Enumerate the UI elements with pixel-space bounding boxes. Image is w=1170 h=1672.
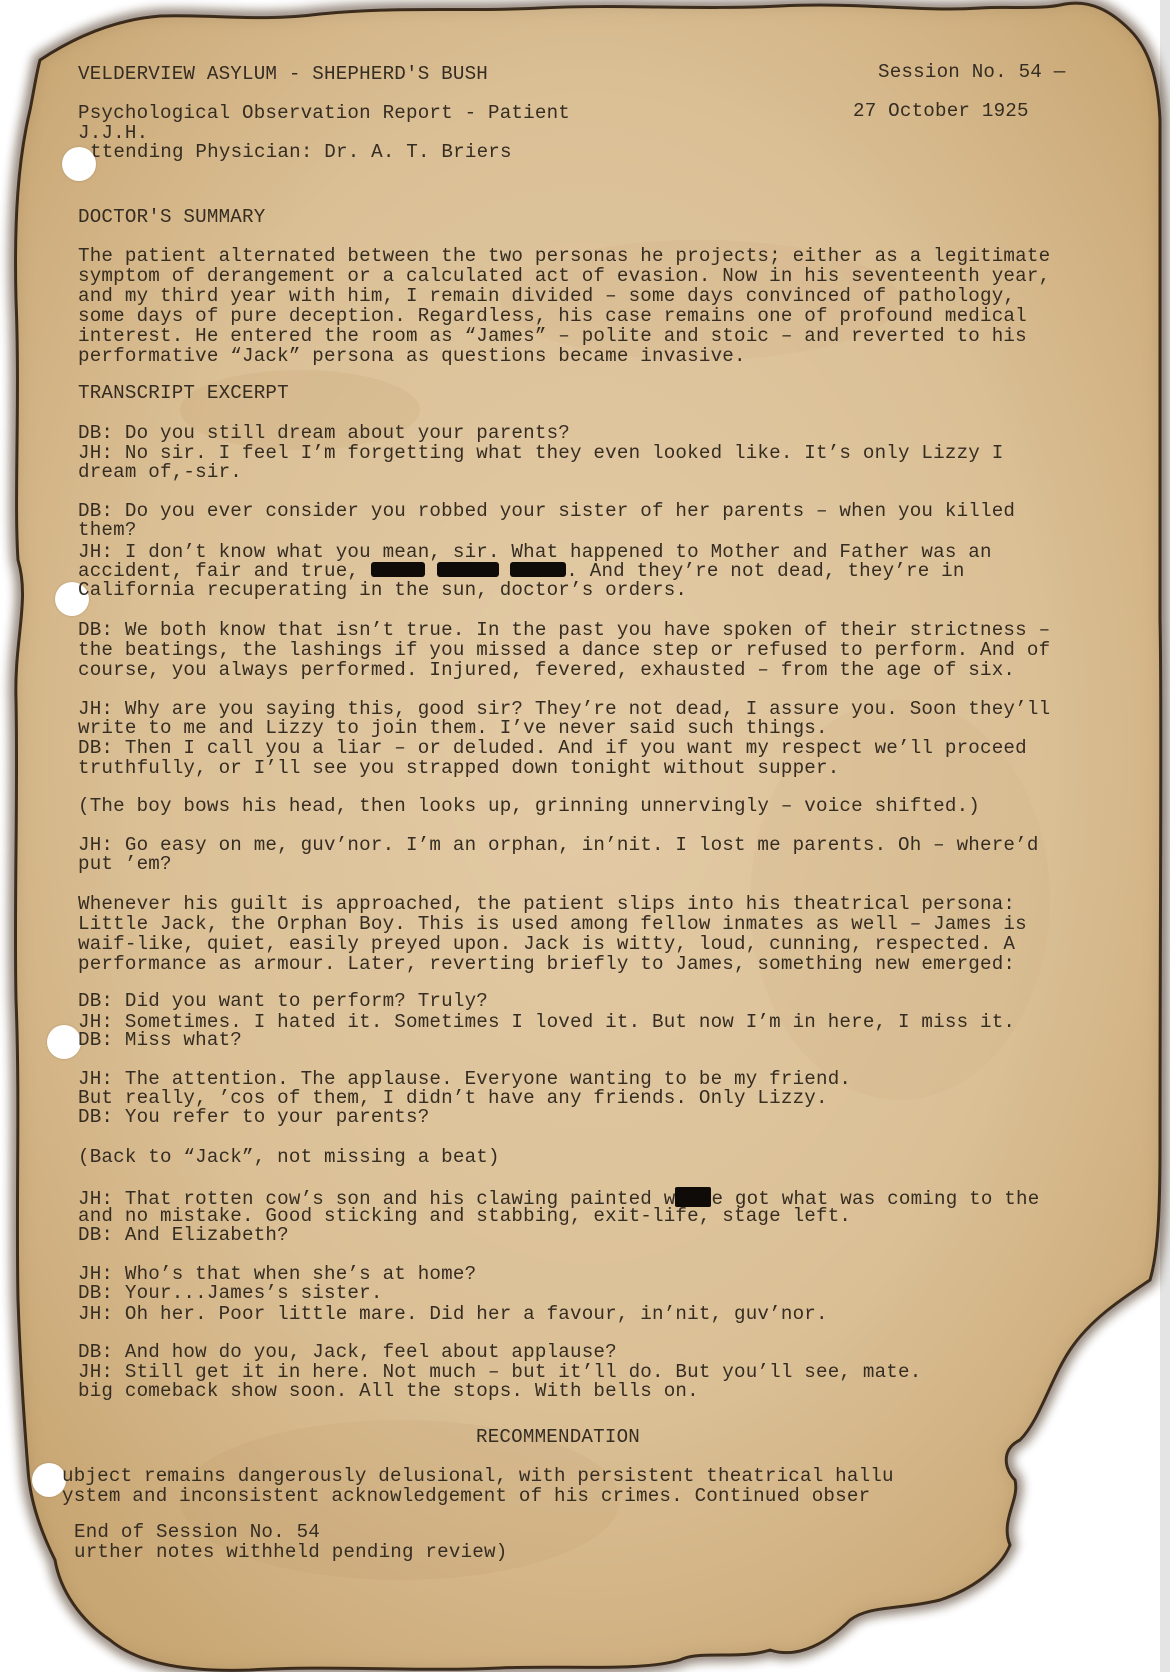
redaction-bar [371, 562, 425, 577]
narration-line: Whenever his guilt is approached, the pa… [78, 894, 1015, 915]
session-label: Session No. 54 — [878, 62, 1065, 83]
recommendation-line: ubject remains dangerously delusional, w… [62, 1466, 894, 1487]
summary-line: symptom of derangement or a calculated a… [78, 266, 1050, 287]
transcript-line: DB: And Elizabeth? [78, 1225, 289, 1246]
transcript-line: put ’em? [78, 854, 172, 875]
summary-line: and my third year with him, I remain div… [78, 286, 1015, 307]
report-date: 27 October 1925 [853, 101, 1029, 122]
summary-line: some days of pure deception. Regardless,… [78, 306, 1027, 327]
transcript-line: California recuperating in the sun, doct… [78, 580, 687, 601]
stage-direction: (The boy bows his head, then looks up, g… [78, 796, 980, 817]
narration-line: performance as armour. Later, reverting … [78, 954, 1015, 975]
redaction-bar [437, 562, 499, 577]
institution-name: VELDERVIEW ASYLUM - SHEPHERD'S BUSH [78, 64, 488, 85]
transcript-line: DB: Did you want to perform? Truly? [78, 991, 488, 1012]
summary-line: performative “Jack” persona as questions… [78, 346, 746, 367]
transcript-line: DB: Do you ever consider you robbed your… [78, 501, 1015, 522]
transcript-line: write to me and Lizzy to join them. I’ve… [78, 718, 828, 739]
narration-line: waif-like, quiet, easily preyed upon. Ja… [78, 934, 1015, 955]
stage-direction: (Back to “Jack”, not missing a beat) [78, 1147, 500, 1168]
summary-line: The patient alternated between the two p… [78, 246, 1050, 267]
redaction-bar [510, 562, 566, 577]
end-of-session: End of Session No. 54 [74, 1522, 320, 1543]
transcript-line: them? [78, 520, 137, 541]
transcript-line: dream of,-sir. [78, 462, 242, 483]
summary-line: interest. He entered the room as “James”… [78, 326, 1027, 347]
transcript-line: DB: And how do you, Jack, feel about app… [78, 1342, 617, 1363]
attending-physician: ttending Physician: Dr. A. T. Briers [90, 142, 512, 163]
recommendation-heading: RECOMMENDATION [476, 1427, 640, 1448]
redaction-bar [675, 1187, 711, 1207]
transcript-line: the beatings, the lashings if you missed… [78, 640, 1050, 661]
report-document: VELDERVIEW ASYLUM - SHEPHERD'S BUSH Sess… [0, 0, 1170, 1672]
transcript-line: big comeback show soon. All the stops. W… [78, 1381, 699, 1402]
transcript-heading: TRANSCRIPT EXCERPT [78, 383, 289, 404]
transcript-line: DB: We both know that isn’t true. In the… [78, 620, 1050, 641]
recommendation-line: ystem and inconsistent acknowledgement o… [62, 1486, 870, 1507]
transcript-line: truthfully, or I’ll see you strapped dow… [78, 758, 839, 779]
further-notes: urther notes withheld pending review) [74, 1542, 507, 1563]
transcript-line: JH: Oh her. Poor little mare. Did her a … [78, 1304, 828, 1325]
transcript-line: course, you always performed. Injured, f… [78, 660, 1015, 681]
transcript-line: DB: Then I call you a liar – or deluded.… [78, 738, 1027, 759]
transcript-line: DB: Your...James’s sister. [78, 1283, 383, 1304]
transcript-line: DB: Do you still dream about your parent… [78, 423, 570, 444]
transcript-line: JH: Go easy on me, guv’nor. I’m an orpha… [78, 835, 1039, 856]
transcript-line: DB: You refer to your parents? [78, 1107, 429, 1128]
transcript-line: DB: Miss what? [78, 1030, 242, 1051]
narration-line: Little Jack, the Orphan Boy. This is use… [78, 914, 1027, 935]
summary-heading: DOCTOR'S SUMMARY [78, 207, 265, 228]
report-title: Psychological Observation Report - Patie… [78, 103, 570, 124]
